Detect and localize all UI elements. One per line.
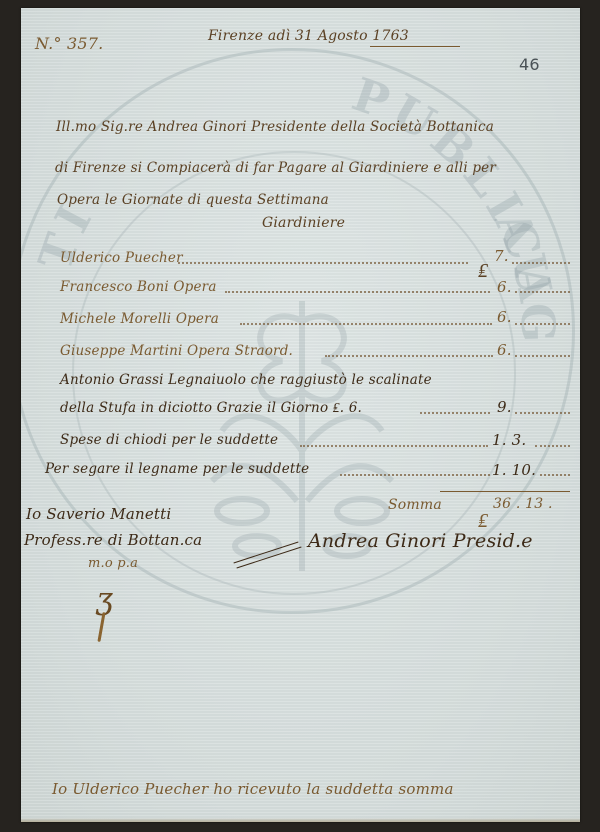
- entry-description: Giuseppe Martini Opera Straord.: [60, 343, 293, 359]
- leader-dots: [325, 355, 493, 358]
- entry-description: della Stufa in diciotto Grazie il Giorno…: [60, 400, 362, 416]
- signature-left-line-2: Profess.re di Bottan.ca: [24, 531, 202, 549]
- signature-left-line-1: Io Saverio Manetti: [26, 505, 171, 523]
- place-date: Firenze adì 31 Agosto 1763: [208, 28, 409, 44]
- entry-amount: 6.: [497, 341, 512, 359]
- watermark-text: PUBLICA AUG TI: [21, 51, 572, 611]
- body-line-2: di Firenze si Compiacerà di far Pagare a…: [55, 160, 496, 176]
- signature-left-line-3: m.o p.a: [88, 556, 138, 571]
- entry-description: Michele Morelli Opera: [60, 311, 219, 327]
- section-heading: Giardiniere: [262, 215, 345, 231]
- signature-president: Andrea Ginori Presid.e: [308, 530, 533, 552]
- entry-description: Ulderico Puecher: [60, 250, 183, 266]
- folio-number: 46: [519, 55, 540, 74]
- receipt-line: Io Ulderico Puecher ho ricevuto la sudde…: [52, 780, 454, 798]
- leader-dots: [515, 291, 570, 294]
- entry-amount: 7.: [494, 247, 509, 265]
- leader-dots: [300, 445, 488, 448]
- leader-dots: [178, 262, 468, 265]
- entry-description: Spese di chiodi per le suddette: [60, 432, 278, 448]
- entry-amount: 6.: [497, 278, 512, 296]
- leader-dots: [340, 474, 490, 477]
- leader-dots: [420, 412, 490, 415]
- lira-symbol: ₤: [478, 258, 488, 283]
- entry-amount: 1. 10.: [492, 461, 536, 479]
- leader-dots: [515, 412, 570, 415]
- entry-description: Antonio Grassi Legnaiuolo che raggiustò …: [60, 372, 432, 388]
- svg-text:PUBLICA: PUBLICA: [346, 67, 564, 312]
- leader-dots: [515, 323, 570, 326]
- entry-amount: 9.: [497, 398, 512, 416]
- leader-dots: [225, 291, 490, 294]
- entry-amount: 1. 3.: [492, 431, 526, 449]
- entry-amount: 6.: [497, 308, 512, 326]
- svg-text:AUG: AUG: [484, 202, 565, 349]
- leader-dots: [535, 445, 570, 448]
- leader-dots: [240, 323, 492, 326]
- leader-dots: [540, 474, 570, 477]
- total-label: Somma: [388, 497, 442, 513]
- body-line-3: Opera le Giornate di questa Settimana: [57, 192, 329, 208]
- record-number: N.° 357.: [35, 34, 103, 53]
- entry-description: Per segare il legname per le suddette: [45, 461, 309, 477]
- paper-edge-stain: [21, 818, 580, 822]
- leader-dots: [515, 355, 570, 358]
- total-amount: 36 . 13 .: [493, 496, 553, 512]
- leader-dots: [512, 262, 570, 265]
- date-underline: [370, 46, 460, 47]
- total-rule: [440, 491, 570, 492]
- body-line-1: Ill.mo Sig.re Andrea Ginori Presidente d…: [56, 119, 494, 135]
- entry-description: Francesco Boni Opera: [60, 279, 217, 295]
